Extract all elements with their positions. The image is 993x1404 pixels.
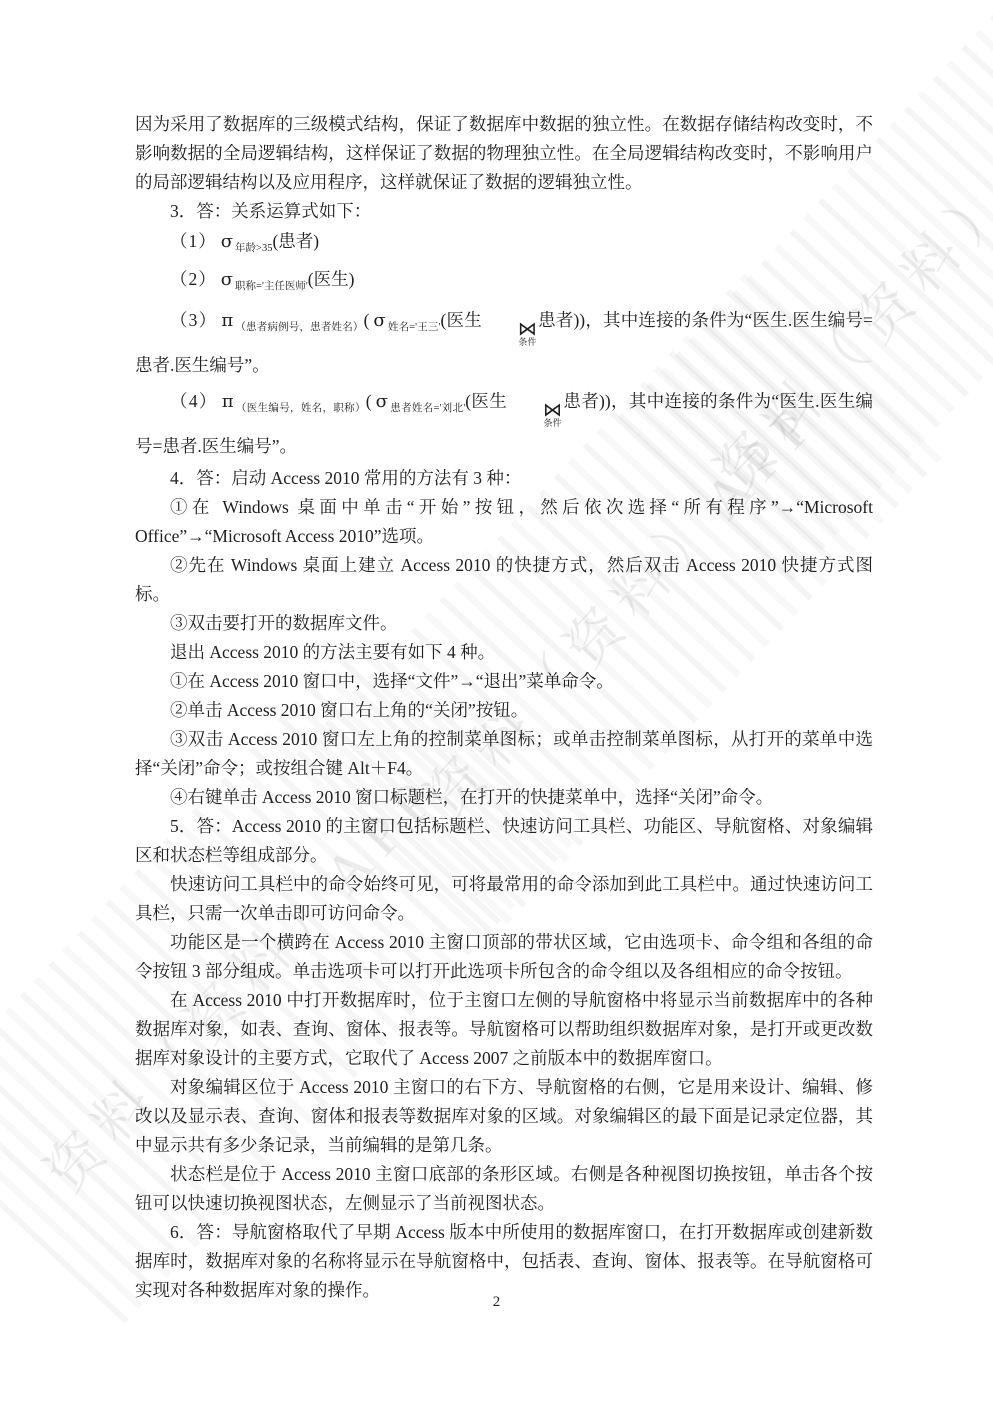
join-operator: ⋈条件 xyxy=(483,321,537,347)
relation-left: (医生 xyxy=(441,310,482,330)
formula-number: （1） xyxy=(170,231,217,251)
question-5-paragraph: 快速访问工具栏中的命令始终可见，可将最常用的命令添加到此工具栏中。通过快速访问工… xyxy=(135,870,873,928)
list-item: ①在 Windows 桌面中单击“开始”按钮，然后依次选择“所有程序”→“Mic… xyxy=(135,493,873,551)
join-condition-label: 条件 xyxy=(509,419,562,428)
bowtie-icon: ⋈ xyxy=(508,402,562,419)
question-5-paragraph: 在 Access 2010 中打开数据库时，位于主窗口左侧的导航窗格中将显示当前… xyxy=(135,986,873,1073)
formula-4: （4）π（医生编号，姓名，职称）(σ患者姓名='刘北'(医生⋈条件患者))，其中… xyxy=(135,383,873,464)
relation-right: 患者)) xyxy=(538,310,585,330)
question-3-heading: 3．答：关系运算式如下： xyxy=(135,197,873,226)
list-item: ③双击要打开的数据库文件。 xyxy=(135,609,873,638)
formula-1: （1）σ年龄>35(患者) xyxy=(135,226,873,264)
formula-number: （2） xyxy=(170,269,217,289)
page-number: 2 xyxy=(0,1294,993,1311)
list-item: ①在 Access 2010 窗口中，选择“文件”→“退出”菜单命令。 xyxy=(135,667,873,696)
list-item: ②单击 Access 2010 窗口右上角的“关闭”按钮。 xyxy=(135,696,873,725)
paragraph-intro: 因为采用了数据库的三级模式结构，保证了数据库中数据的独立性。在数据存储结构改变时… xyxy=(135,110,873,197)
sigma-operator: σ xyxy=(217,269,235,290)
formula-number: （4） xyxy=(170,391,218,411)
question-5-paragraph: 5．答：Access 2010 的主窗口包括标题栏、快速访问工具栏、功能区、导航… xyxy=(135,812,873,870)
pi-operator: π xyxy=(218,391,236,412)
question-5-paragraph: 功能区是一个横跨在 Access 2010 主窗口顶部的带状区域，它由选项卡、命… xyxy=(135,928,873,986)
list-item: ④右键单击 Access 2010 窗口标题栏，在打开的快捷菜单中，选择“关闭”… xyxy=(135,783,873,812)
document-body: 因为采用了数据库的三级模式结构，保证了数据库中数据的独立性。在数据存储结构改变时… xyxy=(135,110,873,1305)
pi-subscript: （患者病例号，患者姓名） xyxy=(235,322,363,333)
question-5-paragraph: 状态栏是位于 Access 2010 主窗口底部的条形区域。右侧是各种视图切换按… xyxy=(135,1160,873,1218)
list-item: ②先在 Windows 桌面上建立 Access 2010 的快捷方式，然后双击… xyxy=(135,551,873,609)
join-condition-label: 条件 xyxy=(483,338,536,347)
formula-2: （2）σ职称='主任医师'(医生) xyxy=(135,264,873,302)
sigma-operator: σ xyxy=(369,310,387,331)
relation-left: (医生 xyxy=(465,391,507,411)
bowtie-icon: ⋈ xyxy=(483,321,537,338)
question-6-paragraph: 6．答：导航窗格取代了早期 Access 版本中所使用的数据库窗口，在打开数据库… xyxy=(135,1218,873,1305)
join-operator: ⋈条件 xyxy=(508,402,562,428)
formula-argument: (医生) xyxy=(308,269,355,289)
question-4-heading: 4．答：启动 Access 2010 常用的方法有 3 种： xyxy=(135,464,873,493)
pi-operator: π xyxy=(217,310,235,331)
list-item: ③双击 Access 2010 窗口左上角的控制菜单图标；或单击控制菜单图标，从… xyxy=(135,725,873,783)
question-4-exit-heading: 退出 Access 2010 的方法主要有如下 4 种。 xyxy=(135,638,873,667)
sigma-operator: σ xyxy=(217,231,235,252)
sigma-subscript: 年龄>35 xyxy=(235,243,272,254)
relation-right: 患者)) xyxy=(563,391,611,411)
sigma-operator: σ xyxy=(372,391,390,412)
open-paren: ( xyxy=(366,391,372,411)
formula-number: （3） xyxy=(170,310,217,330)
pi-subscript: （医生编号，姓名，职称） xyxy=(236,403,366,414)
formula-3: （3）π（患者病例号，患者姓名）(σ姓名='王三'(医生⋈条件患者))，其中连接… xyxy=(135,302,873,383)
sigma-subscript: 姓名='王三' xyxy=(388,322,441,333)
question-5-paragraph: 对象编辑区位于 Access 2010 主窗口的右下方、导航窗格的右侧，它是用来… xyxy=(135,1073,873,1160)
sigma-subscript: 职称='主任医师' xyxy=(235,281,308,292)
formula-argument: (患者) xyxy=(272,231,319,251)
sigma-subscript: 患者姓名='刘北' xyxy=(390,403,465,414)
